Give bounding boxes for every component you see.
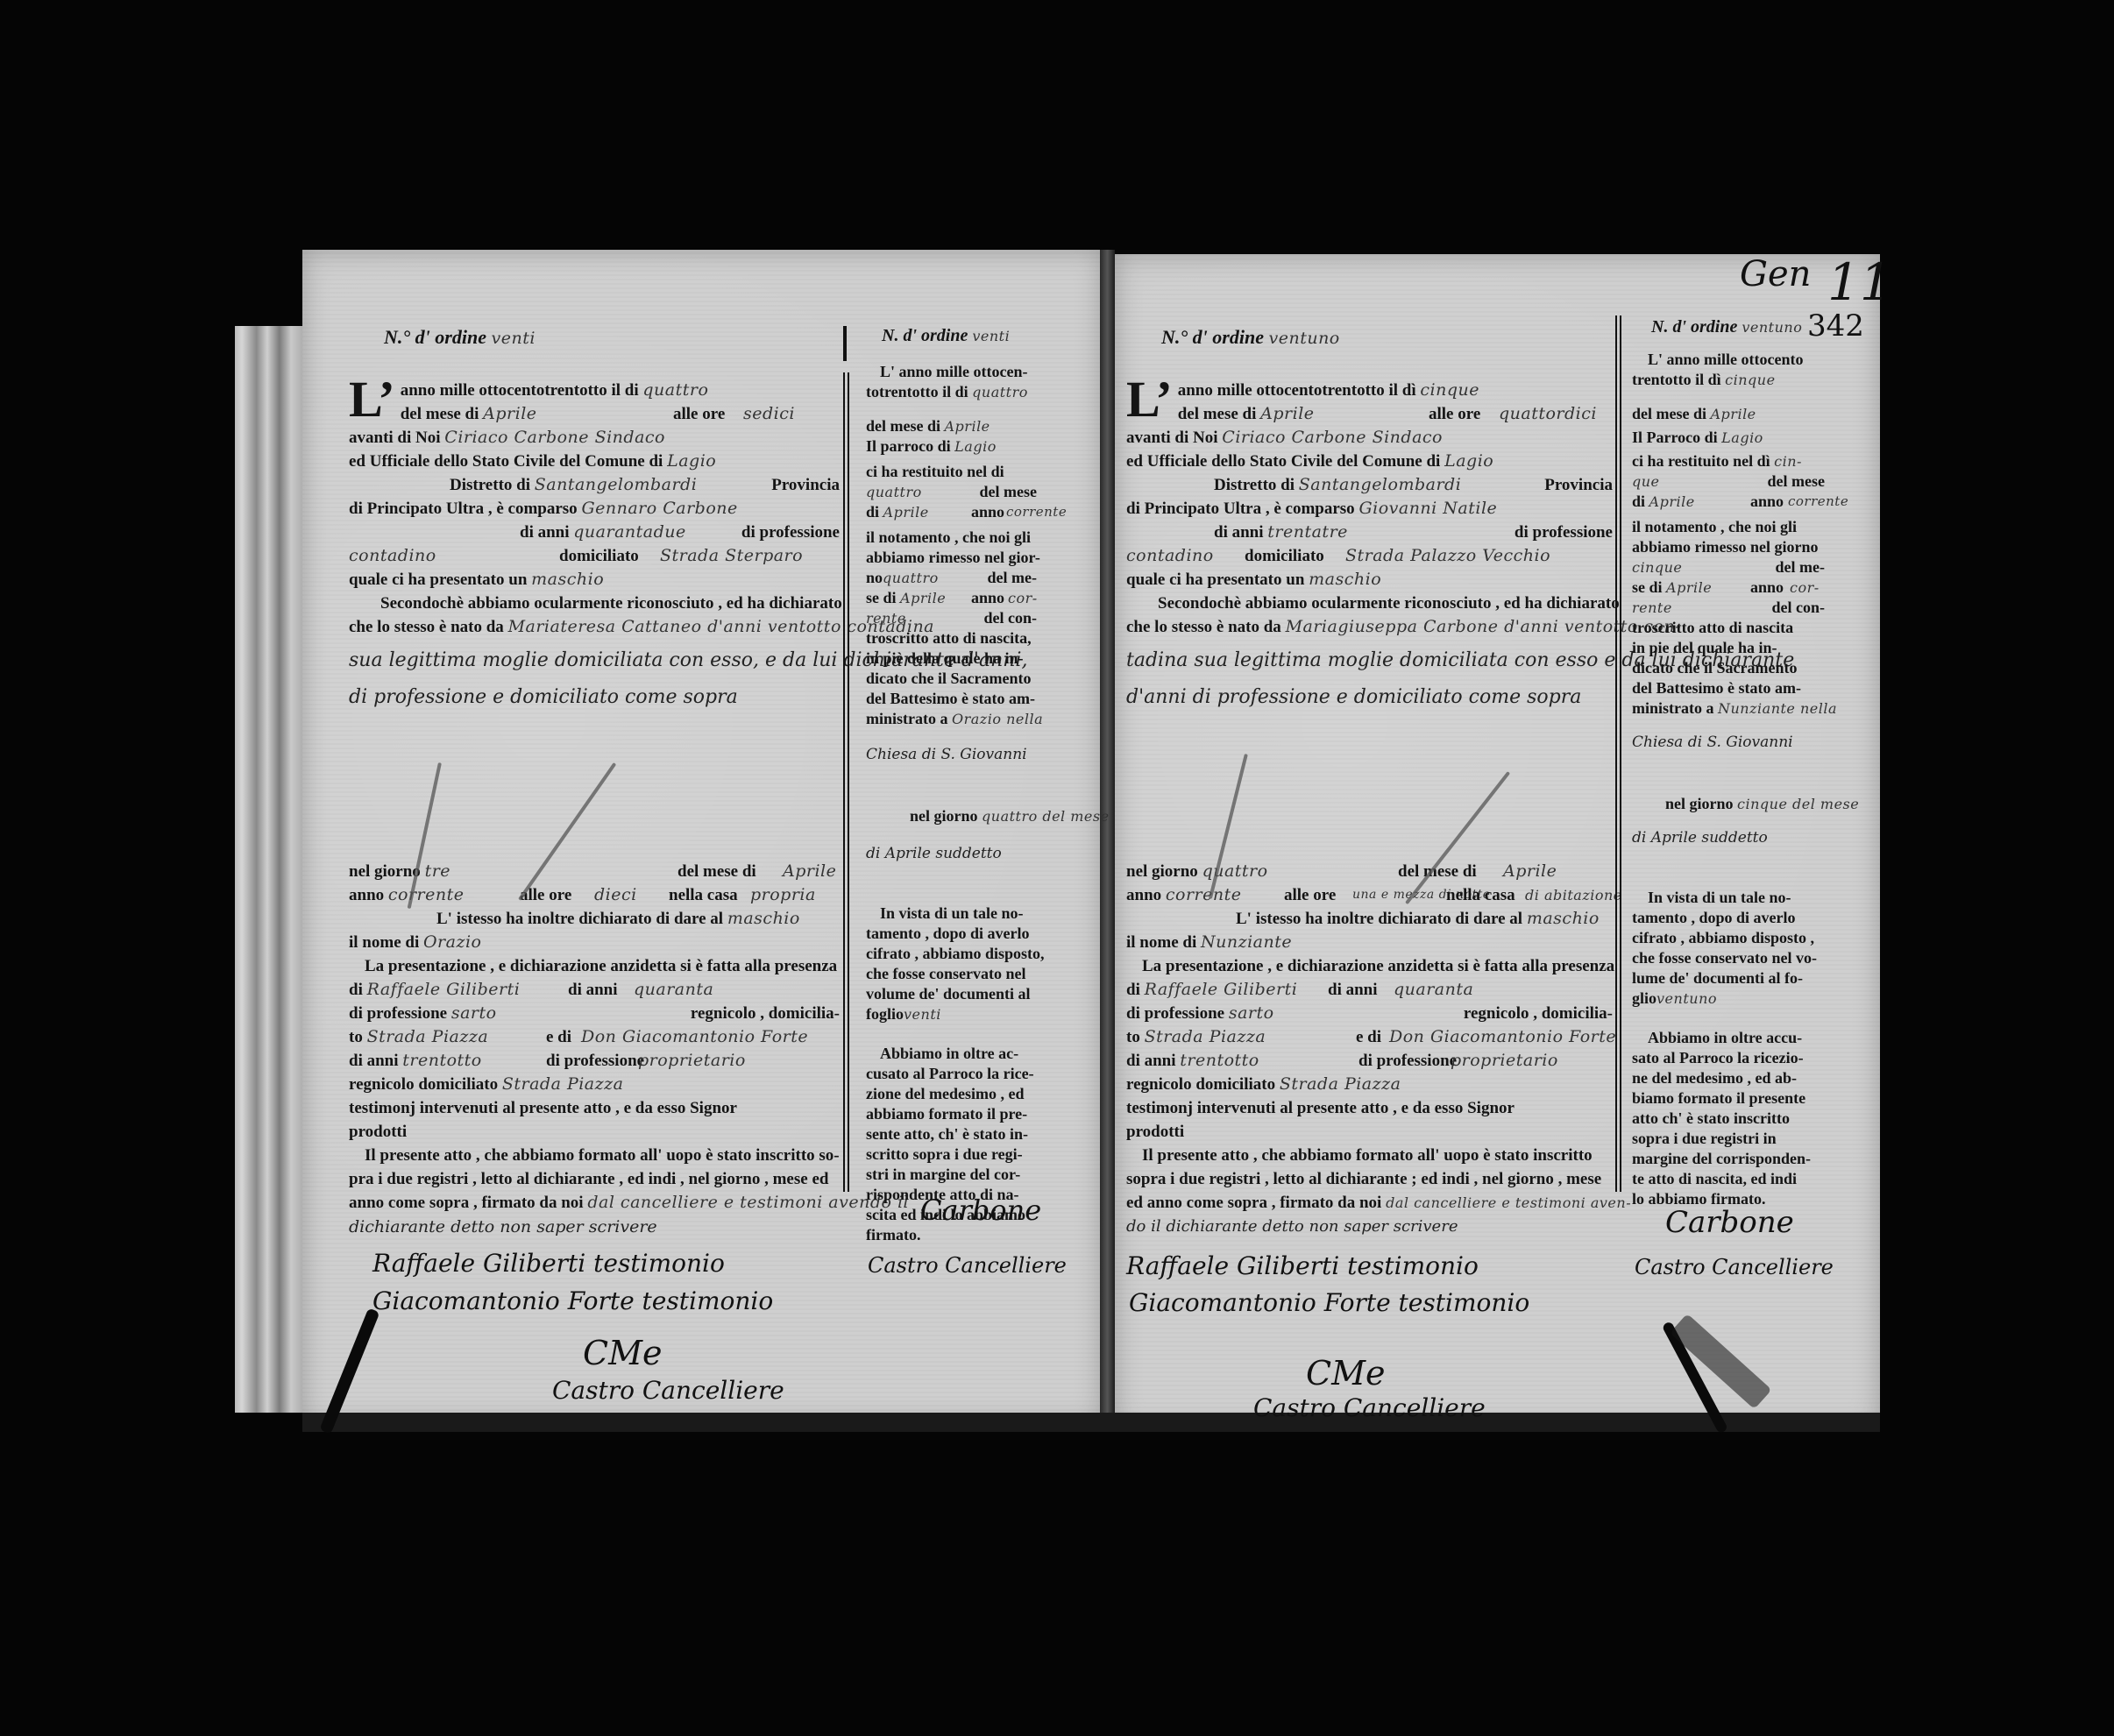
handwritten-line: dichiarante detto non saper scrivere <box>349 1215 840 1239</box>
margin-line: che fosse conservato nel <box>866 964 1037 984</box>
margin-mayor-signature: Carbone <box>1665 1205 1794 1240</box>
record-line: prodotti <box>349 1120 840 1144</box>
spacer <box>1632 1009 1825 1028</box>
record-line: contadino domiciliato Strada Palazzo Vec… <box>1126 544 1613 568</box>
record-line: Secondochè abbiamo ocularmente riconosci… <box>349 592 840 615</box>
handwritten-line: di Aprile suddetto <box>1632 823 1825 853</box>
margin-line: trentotto il dì cinque <box>1632 370 1825 390</box>
record-line: ed anno come sopra , firmato da noi dal … <box>1126 1191 1613 1215</box>
spacer <box>1632 390 1825 404</box>
margin-line: abbiamo formato il pre- <box>866 1104 1037 1124</box>
column-divider <box>843 372 849 1192</box>
clerk-signature: Castro Cancelliere <box>552 1376 784 1405</box>
margin-line: del Battesimo è stato am- <box>866 689 1037 709</box>
margin-line: te atto di nascita, ed indi <box>1632 1169 1825 1189</box>
margin-line: volume de' documenti al <box>866 984 1037 1004</box>
margin-line: stri in margine del cor- <box>866 1165 1037 1185</box>
margin-line: del mese di Aprile <box>1632 404 1825 424</box>
record-number-header: N.° d' ordine ventuno <box>1161 326 1613 349</box>
record-line: avanti di Noi Ciriaco Carbone Sindaco <box>349 426 840 450</box>
margin-line: se di Aprileannocor- <box>1632 577 1825 598</box>
margin-line: del Battesimo è stato am- <box>1632 678 1825 698</box>
record-line: La presentazione , e dichiarazione anzid… <box>349 954 840 978</box>
record-line: L’ anno mille ottocentotrentotto il dì c… <box>1126 379 1613 402</box>
margin-line: In vista di un tale no- <box>866 903 1037 924</box>
witness-signature-2: Giacomantonio Forte testimonio <box>1129 1288 1529 1317</box>
column-divider <box>843 326 847 361</box>
margin-line: lume de' documenti al fo- <box>1632 968 1825 988</box>
witness-signature-2: Giacomantonio Forte testimonio <box>372 1286 773 1315</box>
clerk-signature: Castro Cancelliere <box>1253 1393 1486 1422</box>
margin-line: in piè della quale ha in- <box>866 648 1037 669</box>
record-line: quale ci ha presentato un maschio <box>1126 568 1613 592</box>
record-line: L’ anno mille ottocentotrentotto il di q… <box>349 379 840 402</box>
margin-clerk-signature: Castro Cancelliere <box>868 1253 1067 1278</box>
record-line: Distretto di Santangelombardi Provincia <box>1126 473 1613 497</box>
record-line: di Raffaele Giliberti di anni quaranta <box>1126 978 1613 1002</box>
spacer <box>1632 853 1825 888</box>
flourish-signature: CMe <box>1306 1354 1385 1392</box>
margin-line: firmato. <box>866 1225 1037 1245</box>
flourish-signature: CMe <box>583 1334 662 1372</box>
margin-line: tamento , dopo di averlo <box>866 924 1037 944</box>
margin-line: totrentotto il di quattro <box>866 382 1037 402</box>
margin-line: cifrato , abbiamo disposto , <box>1632 928 1825 948</box>
handwritten-line: tadina sua legittima moglie domiciliata … <box>1126 646 1613 676</box>
right-main-record: N.° d' ordine ventuno L’ anno mille otto… <box>1126 326 1613 1239</box>
record-line: avanti di Noi Ciriaco Carbone Sindaco <box>1126 426 1613 450</box>
spacer <box>866 402 1037 416</box>
margin-line: tamento , dopo di averlo <box>1632 908 1825 928</box>
record-line: Secondochè abbiamo ocularmente riconosci… <box>1126 592 1613 615</box>
folio-annotation: Gen <box>1740 254 1811 294</box>
record-number-header: N.° d' ordine venti <box>384 326 840 349</box>
margin-line: quedel mese <box>1632 471 1825 492</box>
record-line: che lo stesso è nato da Mariagiuseppa Ca… <box>1126 615 1613 639</box>
handwritten-line: sua legittima moglie domiciliata con ess… <box>349 646 840 676</box>
record-line: quale ci ha presentato un maschio <box>349 568 840 592</box>
witness-signature-1: Raffaele Giliberti testimonio <box>1126 1251 1479 1280</box>
margin-line: Abbiamo in oltre accu- <box>1632 1028 1825 1048</box>
record-line: ed Ufficiale dello Stato Civile del Comu… <box>349 450 840 473</box>
column-divider <box>1615 315 1621 1192</box>
record-line: del mese di Aprile alle ore sedici <box>349 402 840 426</box>
record-number-value: ventuno <box>1268 329 1339 348</box>
margin-line: del mese di Aprile <box>866 416 1037 436</box>
margin-line: biamo formato il presente <box>1632 1088 1825 1109</box>
margin-line: abbiamo rimesso nel giorno <box>1632 537 1825 557</box>
record-line: anno corrente alle ore una e mezza di no… <box>1126 883 1613 907</box>
margin-line: ministrato a Orazio nella <box>866 709 1037 729</box>
spacer <box>866 769 1037 806</box>
handwritten-line: do il dichiarante detto non saper scrive… <box>1126 1215 1613 1239</box>
margin-record-number-header: N. d' ordine ventuno <box>1651 317 1825 337</box>
margin-line: abbiamo rimesso nel gior- <box>866 548 1037 568</box>
margin-line: cifrato , abbiamo disposto, <box>866 944 1037 964</box>
record-line: prodotti <box>1126 1120 1613 1144</box>
record-line: to Strada Piazza e di Don Giacomantonio … <box>349 1025 840 1049</box>
margin-line: dicato che il Sacramento <box>1632 658 1825 678</box>
margin-line: L' anno mille ottocento <box>1632 350 1825 370</box>
margin-record-number-header: N. d' ordine venti <box>882 326 1037 346</box>
margin-line: rentedel con- <box>866 608 1037 628</box>
margin-line: L' anno mille ottocen- <box>866 362 1037 382</box>
handwritten-line: Chiesa di S. Giovanni <box>1632 727 1825 757</box>
margin-line: rentedel con- <box>1632 598 1825 618</box>
record-line: La presentazione , e dichiarazione anzid… <box>1126 954 1613 978</box>
margin-line: di Aprileannocorrente <box>866 502 1037 522</box>
record-line: L' istesso ha inoltre dichiarato di dare… <box>1126 907 1613 931</box>
margin-mayor-signature: Carbone <box>920 1194 1041 1227</box>
record-line: di Raffaele Giliberti di anni quaranta <box>349 978 840 1002</box>
margin-line: ci ha restituito nel dì cin- <box>1632 451 1825 471</box>
record-line: nel giorno tre del mese di Aprile <box>349 860 840 883</box>
record-line: di anni quarantadue di professione <box>349 521 840 544</box>
record-line: anno come sopra , firmato da noi dal can… <box>349 1191 840 1215</box>
record-line: di professione sarto regnicolo , domicil… <box>1126 1002 1613 1025</box>
left-main-record: N.° d' ordine venti L’ anno mille ottoce… <box>349 326 840 1239</box>
record-line: di anni trentotto di professione proprie… <box>1126 1049 1613 1073</box>
margin-line: sato al Parroco la ricezio- <box>1632 1048 1825 1068</box>
record-line: to Strada Piazza e di Don Giacomantonio … <box>1126 1025 1613 1049</box>
margin-line: sopra i due registri in <box>1632 1129 1825 1149</box>
margin-line: ministrato a Nunziante nella <box>1632 698 1825 719</box>
record-line: regnicolo domiciliato Strada Piazza <box>1126 1073 1613 1096</box>
margin-line: foglioventi <box>866 1004 1037 1024</box>
handwritten-line: d'anni di professione e domiciliato come… <box>1126 683 1613 712</box>
record-line: contadino domiciliato Strada Sterparo <box>349 544 840 568</box>
margin-line: nel giorno cinque del mese <box>1632 794 1825 814</box>
record-number-value: venti <box>491 329 535 348</box>
record-line: di anni trentatre di professione <box>1126 521 1613 544</box>
crossed-blank-space <box>1126 712 1613 860</box>
margin-line: in pie del quale ha in- <box>1632 638 1825 658</box>
margin-line: noquattrodel me- <box>866 568 1037 588</box>
margin-line: il notamento , che noi gli <box>866 528 1037 548</box>
witness-signature-1: Raffaele Giliberti testimonio <box>372 1249 725 1278</box>
margin-line: glioventuno <box>1632 988 1825 1009</box>
right-margin-note: N. d' ordine ventuno L' anno mille ottoc… <box>1632 317 1825 1209</box>
margin-line: ne del medesimo , ed ab- <box>1632 1068 1825 1088</box>
record-line: testimonj intervenuti al presente atto ,… <box>349 1096 840 1120</box>
margin-line: ci ha restituito nel di <box>866 462 1037 482</box>
record-line: Il presente atto , che abbiamo formato a… <box>1126 1144 1613 1167</box>
margin-line: quattrodel mese <box>866 482 1037 502</box>
record-line: di anni trentotto di professione proprie… <box>349 1049 840 1073</box>
margin-line: il notamento , che noi gli <box>1632 517 1825 537</box>
margin-line: dicato che il Sacramento <box>866 669 1037 689</box>
margin-line: scritto sopra i due regi- <box>866 1144 1037 1165</box>
margin-line: di Aprileannocorrente <box>1632 492 1825 512</box>
left-margin-note: N. d' ordine venti L' anno mille ottocen… <box>866 326 1037 1245</box>
record-line: del mese di Aprile alle ore quattordici <box>1126 402 1613 426</box>
margin-line: Abbiamo in oltre ac- <box>866 1044 1037 1064</box>
margin-line: nel giorno quattro del mese <box>866 806 1037 826</box>
record-line: ed Ufficiale dello Stato Civile del Comu… <box>1126 450 1613 473</box>
handwritten-line: di Aprile suddetto <box>866 839 1037 868</box>
margin-line: zione del medesimo , ed <box>866 1084 1037 1104</box>
record-line: di professione sarto regnicolo , domicil… <box>349 1002 840 1025</box>
record-line: regnicolo domiciliato Strada Piazza <box>349 1073 840 1096</box>
spacer <box>866 868 1037 903</box>
record-line: Il presente atto , che abbiamo formato a… <box>349 1144 840 1167</box>
handwritten-line: di professione e domiciliato come sopra <box>349 683 840 712</box>
margin-line: atto ch' è stato inscritto <box>1632 1109 1825 1129</box>
book-page-edges <box>235 326 307 1413</box>
margin-line: se di Aprileannocor- <box>866 588 1037 608</box>
record-line: anno corrente alle ore dieci nella casa … <box>349 883 840 907</box>
margin-line: In vista di un tale no- <box>1632 888 1825 908</box>
record-line: pra i due registri , letto al dichiarant… <box>349 1167 840 1191</box>
margin-line: troscritto atto di nascita <box>1632 618 1825 638</box>
record-line: che lo stesso è nato da Mariateresa Catt… <box>349 615 840 639</box>
margin-line: Il parroco di Lagio <box>866 436 1037 457</box>
record-line: il nome di Nunziante <box>1126 931 1613 954</box>
margin-line: cinquedel me- <box>1632 557 1825 577</box>
spacer <box>1632 757 1825 794</box>
margin-line: che fosse conservato nel vo- <box>1632 948 1825 968</box>
record-line: Distretto di Santangelombardi Provincia <box>349 473 840 497</box>
record-line: nel giorno quattro del mese di Aprile <box>1126 860 1613 883</box>
record-line: di Principato Ultra , è comparso Giovann… <box>1126 497 1613 521</box>
spacer <box>866 1024 1037 1044</box>
handwritten-line: Chiesa di S. Giovanni <box>866 740 1037 769</box>
page-bottom-shadow <box>302 1413 1880 1432</box>
margin-clerk-signature: Castro Cancelliere <box>1635 1255 1834 1279</box>
margin-line: Il Parroco di Lagio <box>1632 428 1825 448</box>
record-line: sopra i due registri , letto al dichiara… <box>1126 1167 1613 1191</box>
record-line: il nome di Orazio <box>349 931 840 954</box>
folio-number: 11 <box>1827 252 1892 312</box>
margin-line: margine del corrisponden- <box>1632 1149 1825 1169</box>
book-gutter <box>1100 250 1115 1428</box>
margin-line: troscritto atto di nascita, <box>866 628 1037 648</box>
record-line: di Principato Ultra , è comparso Gennaro… <box>349 497 840 521</box>
margin-line: sente atto, ch' è stato in- <box>866 1124 1037 1144</box>
margin-line: cusato al Parroco la rice- <box>866 1064 1037 1084</box>
record-line: L' istesso ha inoltre dichiarato di dare… <box>349 907 840 931</box>
record-line: testimonj intervenuti al presente atto ,… <box>1126 1096 1613 1120</box>
